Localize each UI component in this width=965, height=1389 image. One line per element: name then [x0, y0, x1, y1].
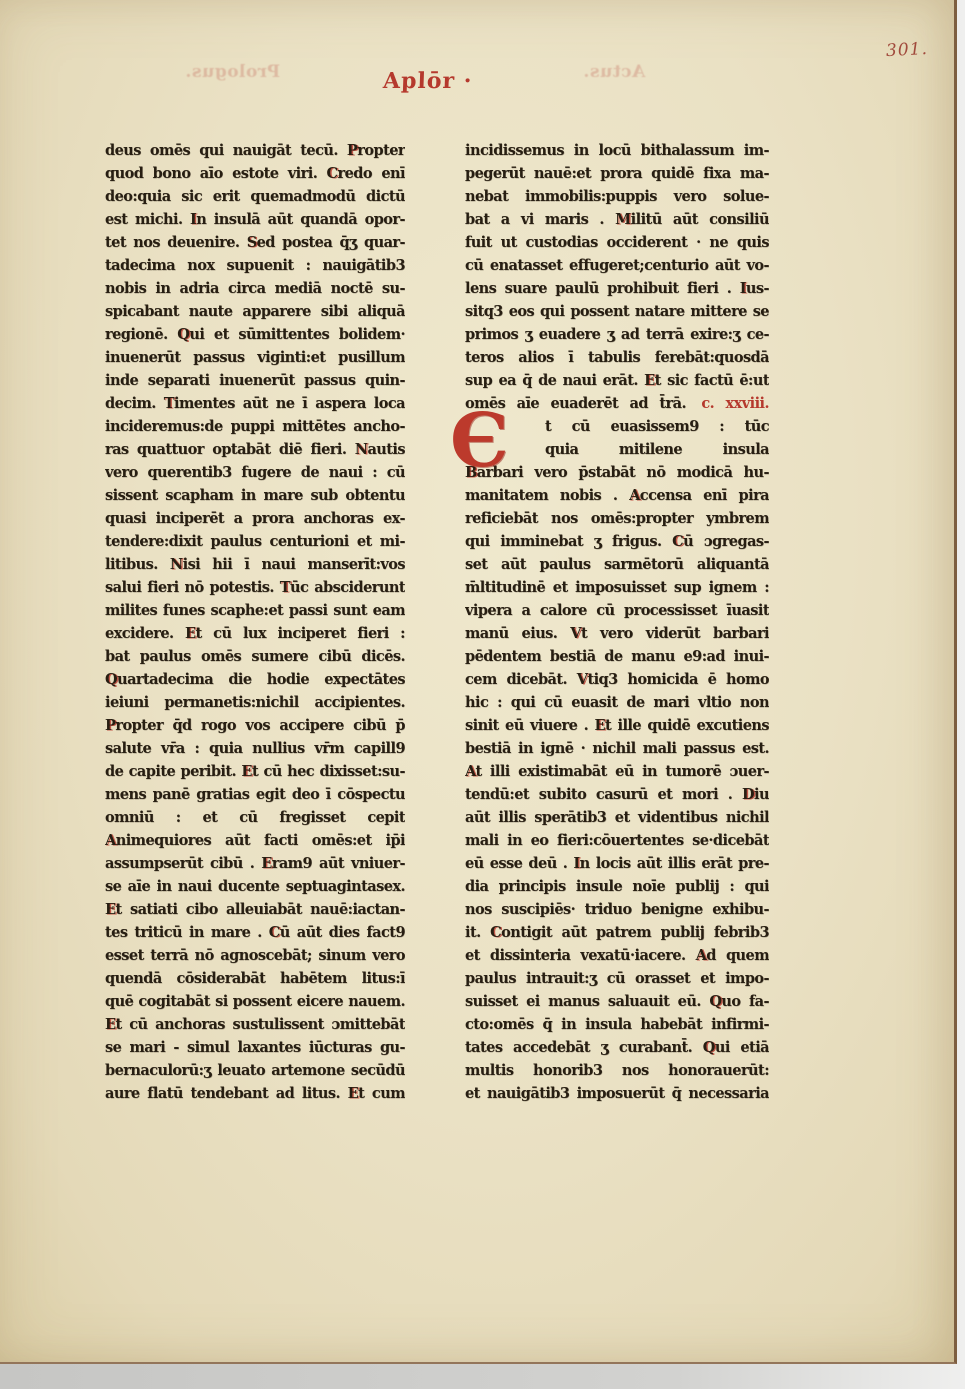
text-line: assumpserūt cibū . Eram9 aūt vniuer- — [105, 852, 405, 875]
text-line: milites funes scaphe:et passi sunt eam — [105, 599, 405, 622]
text-line: spicabant naute apparere sibi aliquā — [105, 300, 405, 323]
text-line: inuenerūt passus viginti:et pusillum — [105, 346, 405, 369]
text-line: primos ʒ euadere ʒ ad terrā exire:ʒ ce- — [465, 323, 769, 346]
text-line: cto:omēs q̄ in insula habebāt infirmi- — [465, 1013, 769, 1036]
text-line: sitq3 eos qui possent natare mittere se — [465, 300, 769, 323]
text-line: Quartadecima die hodie expectātes — [105, 668, 405, 691]
text-line: aure flatū tendebant ad litus. Et cum — [105, 1082, 405, 1105]
text-line: hic : qui cū euasit de mari vltio non — [465, 691, 769, 714]
chapter-initial-E: Є — [450, 409, 526, 479]
text-line: bat a vi maris . Militū aūt consiliū — [465, 208, 769, 231]
text-line: litibus. Nisi hii ī naui manserīt:vos — [105, 553, 405, 576]
text-line: excidere. Et cū lux inciperet fieri : ro… — [105, 622, 405, 645]
text-line: se aīe in naui ducente septuagintasex. — [105, 875, 405, 898]
text-line: salute vr̄a : quia nullius vr̄m capill9 — [105, 737, 405, 760]
text-line: bestiā in ignē · nichil mali passus est. — [465, 737, 769, 760]
text-line: decim. Timentes aūt ne ī aspera loca — [105, 392, 405, 415]
text-line: set aūt paulus sarmētorū aliquantā — [465, 553, 769, 576]
text-line: inde separati inuenerūt passus quin- — [105, 369, 405, 392]
text-line: dia principis insule noīe publij : qui — [465, 875, 769, 898]
text-column-right: incidissemus in locū bithalassum im-pege… — [465, 139, 769, 1109]
manuscript-page: Prologus. Actus. Aplōr · 301. deus omēs … — [0, 0, 957, 1364]
text-line: nobis in adria circa mediā noctē su- — [105, 277, 405, 300]
text-line: it. Contigit aūt patrem publij febrib3 — [465, 921, 769, 944]
text-line: mens panē gratias egit deo ī cōspectu — [105, 783, 405, 806]
text-line: lens suare paulū prohibuit fieri . Ius- — [465, 277, 769, 300]
text-line: est michi. In insulā aūt quandā opor- — [105, 208, 405, 231]
text-line: pegerūt nauē:et prora quidē fixa ma- — [465, 162, 769, 185]
text-line: et dissinteria vexatū·iacere. Ad quem — [465, 944, 769, 967]
text-line: de capite peribit. Et cū hec dixisset:su… — [105, 760, 405, 783]
text-line: multis honorib3 nos honorauerūt: — [465, 1059, 769, 1082]
text-line: reficiebāt nos omēs:propter ymbrem — [465, 507, 769, 530]
text-line: teros alios ī tabulis ferebāt:quosdā — [465, 346, 769, 369]
text-line: ras quattuor optabāt diē fieri. Nautis — [105, 438, 405, 461]
bleedthrough-actus-text: Actus. — [583, 62, 645, 82]
text-line: vipera a calore cū processisset īuasit — [465, 599, 769, 622]
text-line: qui imminebat ʒ frigus. Cū ɔgregas- — [465, 530, 769, 553]
running-title: Aplōr · — [383, 68, 504, 94]
text-line: manitatem nobis . Accensa enī pira — [465, 484, 769, 507]
text-line: quē cogitabāt si possent eicere nauem. — [105, 990, 405, 1013]
text-line: salui fieri nō potestis. Tūc absciderunt — [105, 576, 405, 599]
text-line: tet nos deuenire. Sed postea q̄ʒ quar- — [105, 231, 405, 254]
text-line: tadecima nox supuenit : nauigātib3 — [105, 254, 405, 277]
text-line: esset terrā nō agnoscebāt; sinum vero — [105, 944, 405, 967]
text-line: deus omēs qui nauigāt tecū. Propter — [105, 139, 405, 162]
text-line: At illi existimabāt eū in tumorē ɔuer- — [465, 760, 769, 783]
text-line: deo:quia sic erit quemadmodū dictū — [105, 185, 405, 208]
text-line: cū enatasset effugeret;centurio aūt vo- — [465, 254, 769, 277]
text-line: se mari - simul laxantes iūcturas gu- — [105, 1036, 405, 1059]
text-line: et nauigātib3 imposuerūt q̄ necessaria — [465, 1082, 769, 1105]
text-line: Et cū anchoras sustulissent ɔmittebāt — [105, 1013, 405, 1036]
text-line: fuit ut custodias occiderent · ne quis — [465, 231, 769, 254]
text-line: sup ea q̄ de naui erāt. Et sic factū ē:u… — [465, 369, 769, 392]
text-line: tates accedebāt ʒ curabant̄. Qui etiā — [465, 1036, 769, 1059]
text-line: tes triticū in mare . Cū aūt dies fact9 — [105, 921, 405, 944]
text-line: ieiuni permanetis:nichil accipientes. — [105, 691, 405, 714]
text-column-left: deus omēs qui nauigāt tecū. Propterquod … — [105, 139, 405, 1109]
bleedthrough-prologus-text: Prologus. — [185, 62, 280, 82]
text-line: aūt illis sperātib3 et videntibus nichil — [465, 806, 769, 829]
text-line: sissent scapham in mare sub obtentu — [105, 484, 405, 507]
text-line: bernaculorū:ʒ leuato artemone secūdū — [105, 1059, 405, 1082]
text-line: eū esse deū . In locis aūt illis erāt pr… — [465, 852, 769, 875]
text-line: quendā cōsiderabāt habētem litus:ī — [105, 967, 405, 990]
text-line: suisset ei manus saluauit eū. Quo fa- — [465, 990, 769, 1013]
chapter-number: c. xxviii. — [697, 395, 769, 412]
text-line: pēdentem bestiā de manu e9:ad inui- — [465, 645, 769, 668]
text-line: incideremus:de puppi mittētes ancho- — [105, 415, 405, 438]
text-line: vero querentib3 fugere de naui : cū mi- — [105, 461, 405, 484]
text-line: manū eius. Vt vero viderūt barbari — [465, 622, 769, 645]
text-line: quasi inciperēt a prora anchoras ex- — [105, 507, 405, 530]
text-line: tendere:dixit paulus centurioni et mi- — [105, 530, 405, 553]
text-line: sinit eū viuere . Et ille quidē excutien… — [465, 714, 769, 737]
text-line: Et satiati cibo alleuiabāt nauē:iactan- — [105, 898, 405, 921]
text-line: Animequiores aūt facti omēs:et ip̄i — [105, 829, 405, 852]
text-line: quod bono aīo estote viri. Credo enī — [105, 162, 405, 185]
text-line: m̄ltitudinē et imposuisset sup ignem : — [465, 576, 769, 599]
text-line: incidissemus in locū bithalassum im- — [465, 139, 769, 162]
text-line: regionē. Qui et sūmittentes bolidem· — [105, 323, 405, 346]
text-line: nebat immobilis:puppis vero solue- — [465, 185, 769, 208]
text-line: paulus intrauit:ʒ cū orasset et impo- — [465, 967, 769, 990]
text-line: Propter q̄d rogo vos accipere cibū p̄ — [105, 714, 405, 737]
text-line: tendū:et subito casurū et mori . Diu — [465, 783, 769, 806]
text-line: mali in eo fieri:cōuertentes se·dicebāt — [465, 829, 769, 852]
text-line: bat paulus omēs sumere cibū dicēs. — [105, 645, 405, 668]
text-line: omniū : et cū fregisset cepit māducare. — [105, 806, 405, 829]
text-line: nos suscipiēs· triduo benigne exhibu- — [465, 898, 769, 921]
text-line: cem dicebāt. Vtiq3 homicida ē homo — [465, 668, 769, 691]
folio-number: 301. — [886, 39, 929, 61]
